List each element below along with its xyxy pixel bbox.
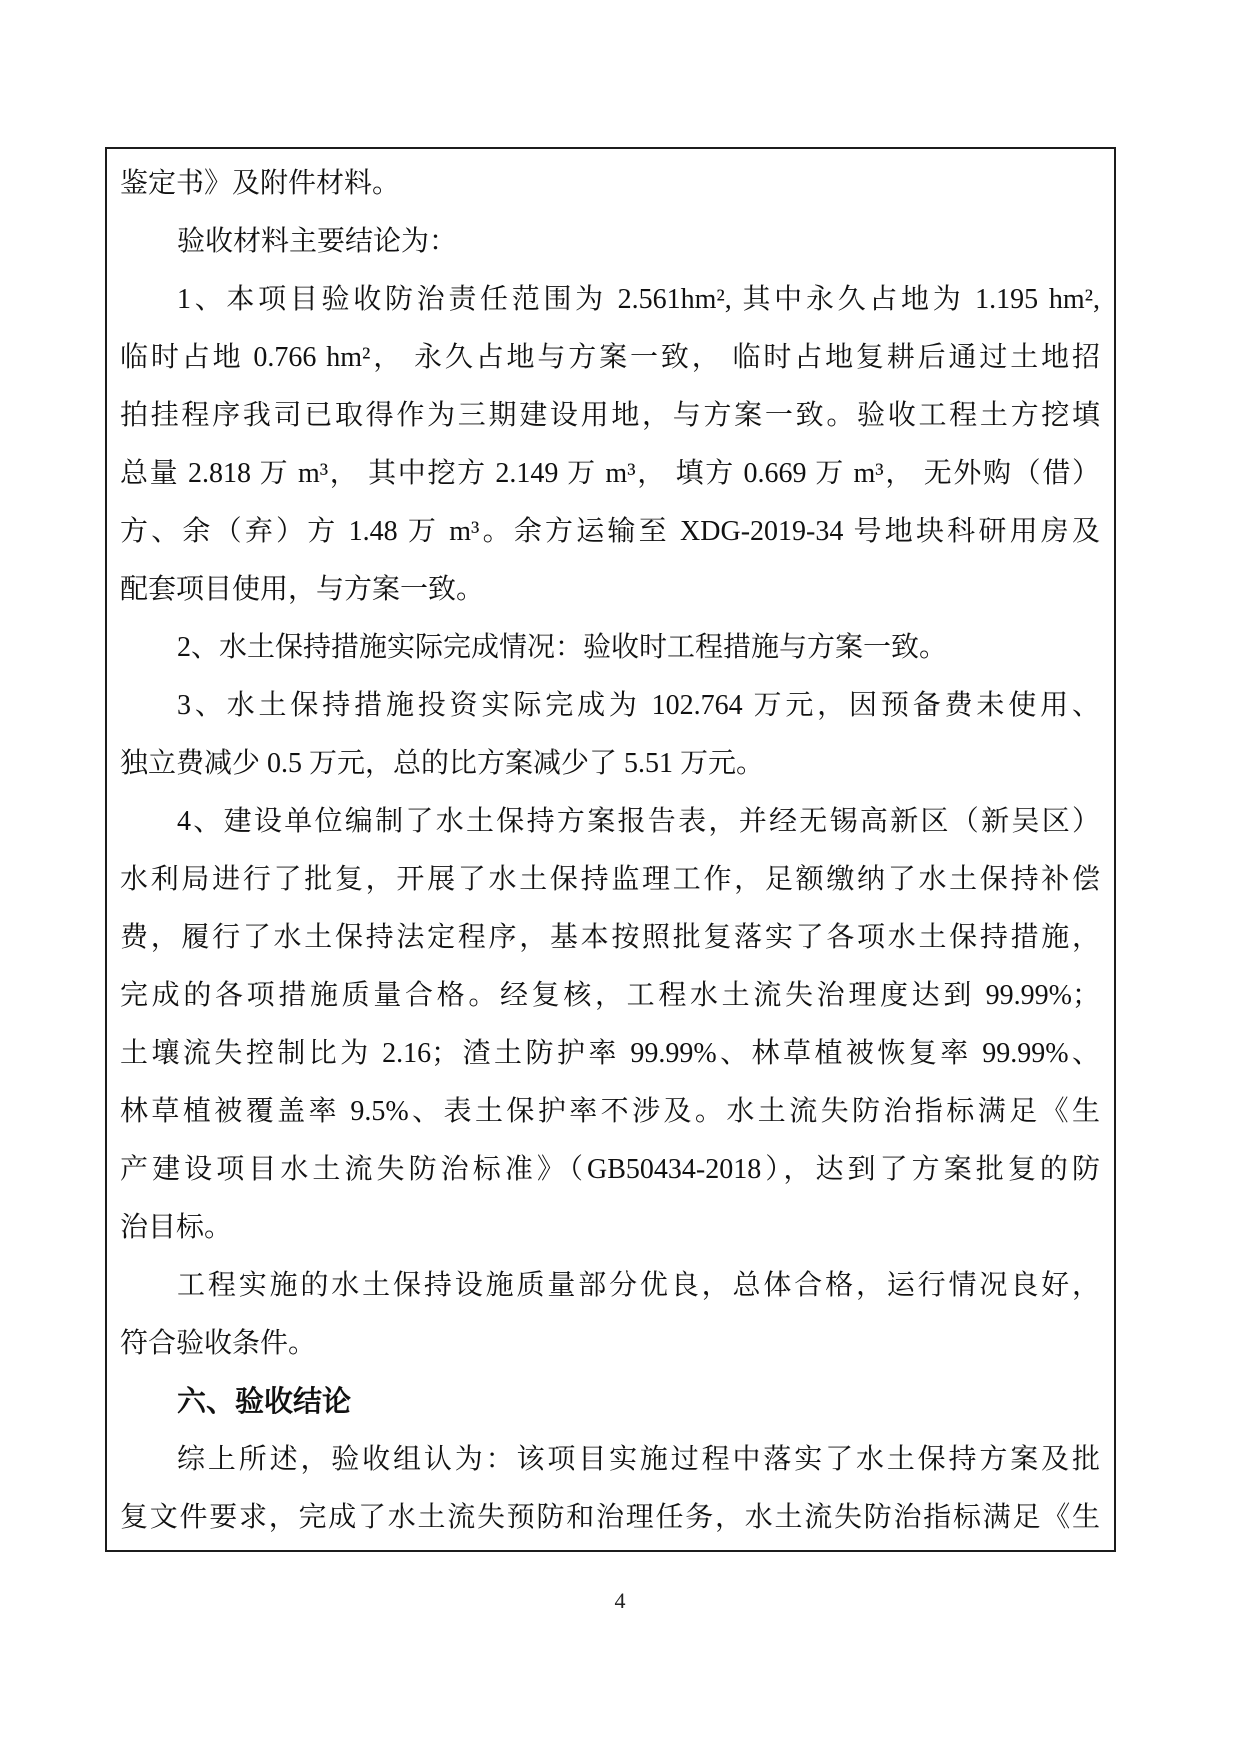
text-line: 独立费减少 0.5 万元，总的比方案减少了 5.51 万元。 [120, 735, 1100, 793]
text-line: 土壤流失控制比为 2.16；渣土防护率 99.99%、林草植被恢复率 99.99… [120, 1025, 1100, 1083]
text-line: 符合验收条件。 [120, 1315, 1100, 1373]
text-line: 4、建设单位编制了水土保持方案报告表，并经无锡高新区（新吴区） [120, 793, 1100, 851]
text-line: 3、水土保持措施投资实际完成为 102.764 万元，因预备费未使用、 [120, 677, 1100, 735]
text-line: 临时占地 0.766 hm²， 永久占地与方案一致， 临时占地复耕后通过土地招 [120, 329, 1100, 387]
text-line: 完成的各项措施质量合格。经复核，工程水土流失治理度达到 99.99%； [120, 967, 1100, 1025]
text-line: 2、水土保持措施实际完成情况：验收时工程措施与方案一致。 [120, 619, 1100, 677]
text-line: 治目标。 [120, 1199, 1100, 1257]
page-number: 4 [0, 1588, 1240, 1614]
text-line: 1、本项目验收防治责任范围为 2.561hm², 其中永久占地为 1.195 h… [120, 271, 1100, 329]
text-line: 鉴定书》及附件材料。 [120, 155, 1100, 213]
text-line: 总量 2.818 万 m³， 其中挖方 2.149 万 m³， 填方 0.669… [120, 445, 1100, 503]
document-border-box: 鉴定书》及附件材料。验收材料主要结论为：1、本项目验收防治责任范围为 2.561… [105, 147, 1116, 1552]
text-line: 费，履行了水土保持法定程序，基本按照批复落实了各项水土保持措施， [120, 909, 1100, 967]
section-heading: 六、验收结论 [120, 1373, 1100, 1431]
text-line: 产建设项目水土流失防治标准》（GB50434-2018），达到了方案批复的防 [120, 1141, 1100, 1199]
text-line: 方、余（弃）方 1.48 万 m³。余方运输至 XDG-2019-34 号地块科… [120, 503, 1100, 561]
document-body: 鉴定书》及附件材料。验收材料主要结论为：1、本项目验收防治责任范围为 2.561… [120, 155, 1100, 1547]
text-line: 验收材料主要结论为： [120, 213, 1100, 271]
text-line: 工程实施的水土保持设施质量部分优良，总体合格，运行情况良好， [120, 1257, 1100, 1315]
text-line: 综上所述，验收组认为：该项目实施过程中落实了水土保持方案及批 [120, 1431, 1100, 1489]
text-line: 水利局进行了批复，开展了水土保持监理工作，足额缴纳了水土保持补偿 [120, 851, 1100, 909]
text-line: 拍挂程序我司已取得作为三期建设用地，与方案一致。验收工程土方挖填 [120, 387, 1100, 445]
document-page: 鉴定书》及附件材料。验收材料主要结论为：1、本项目验收防治责任范围为 2.561… [0, 0, 1240, 1754]
text-line: 林草植被覆盖率 9.5%、表土保护率不涉及。水土流失防治指标满足《生 [120, 1083, 1100, 1141]
text-line: 复文件要求，完成了水土流失预防和治理任务，水土流失防治指标满足《生 [120, 1489, 1100, 1547]
text-line: 配套项目使用，与方案一致。 [120, 561, 1100, 619]
